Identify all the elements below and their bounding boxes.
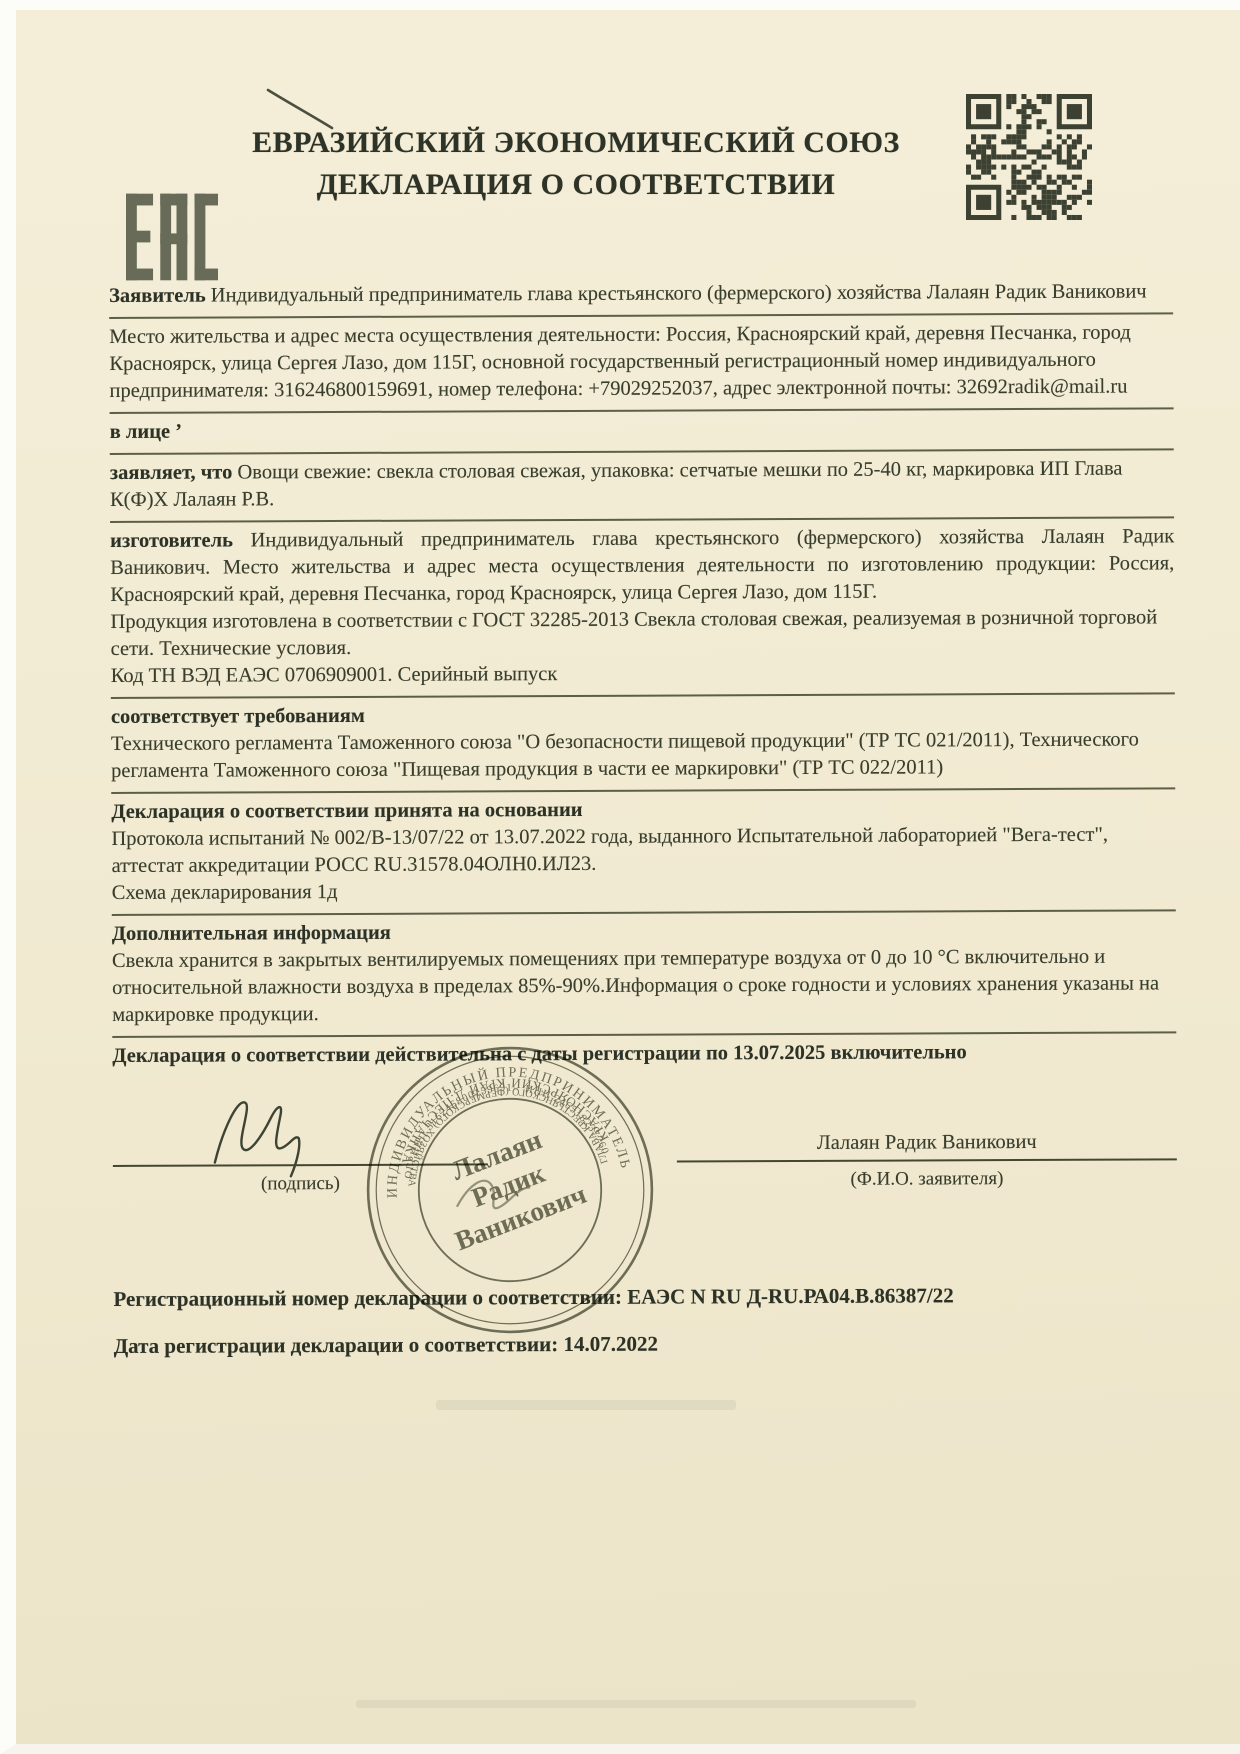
doc-title: ЕВРАЗИЙСКИЙ ЭКОНОМИЧЕСКИЙ СОЮЗ ДЕКЛАРАЦИ… [166,122,986,206]
in-person-label: в лице ʼ [110,421,182,443]
scan-smudge [436,1400,736,1410]
scheme-line: Схема декларирования 1д [112,875,1176,907]
fio-caption: (Ф.И.О. заявителя) [677,1164,1177,1193]
doc-title-line1: ЕВРАЗИЙСКИЙ ЭКОНОМИЧЕСКИЙ СОЮЗ [166,122,986,164]
applicant-label: Заявитель [109,285,206,307]
declares-label: заявляет, что [110,461,233,484]
scan-smudge [356,1700,916,1708]
eac-letter-e [126,194,153,281]
tnved-line: Код ТН ВЭД ЕАЭС 0706909001. Серийный вып… [111,658,1175,690]
eac-logo [126,190,218,284]
eac-letter-a [160,194,187,281]
signature-scribble [201,1088,351,1181]
section-address: Место жительства и адрес места осуществл… [109,314,1173,412]
fio-line [677,1158,1177,1162]
applicant-text: Индивидуальный предприниматель глава кре… [211,280,1147,306]
manufacturer-label: изготовитель [110,529,233,552]
section-manufacturer: изготовитель Индивидуальный предпринимат… [110,518,1175,697]
doc-title-line2: ДЕКЛАРАЦИЯ О СООТВЕТСТВИИ [166,164,986,206]
additional-heading: Дополнительная информация [112,922,391,945]
basis-heading: Декларация о соответствии принята на осн… [111,799,582,823]
manufacturer-text: Индивидуальный предприниматель глава кре… [110,525,1174,606]
address-text: Место жительства и адрес места осуществл… [109,319,1173,405]
applicant-fio: Лалаян Радик Ваникович [677,1128,1177,1157]
fio-block: Лалаян Радик Ваникович (Ф.И.О. заявителя… [677,1088,1177,1193]
complies-text: Технического регламента Таможенного союз… [111,726,1175,785]
stamp-seal: ИНДИВИДУАЛЬНЫЙ ПРЕДПРИНИМАТЕЛЬ КРАСНОЯРС… [358,1038,662,1342]
stamp-center-name: Лалаян Радик Ваникович [427,1116,590,1256]
reg-number-value: ЕАЭС N RU Д-RU.РА04.В.86387/22 [627,1283,954,1308]
section-basis: Декларация о соответствии принята на осн… [111,789,1176,914]
basis-text: Протокола испытаний № 002/В-13/07/22 от … [111,821,1175,880]
scan-smudge [316,1748,1016,1754]
eac-letter-c [195,194,218,281]
section-in-person: в лице ʼ [110,409,1174,453]
qr-code [966,94,1092,220]
section-additional: Дополнительная информация Свекла хранитс… [112,911,1177,1036]
section-declares: заявляет, что Овощи свежие: свекла столо… [110,450,1174,521]
document-page: ЕВРАЗИЙСКИЙ ЭКОНОМИЧЕСКИЙ СОЮЗ ДЕКЛАРАЦИ… [0,0,1240,1754]
declares-text: Овощи свежие: свекла столовая свежая, уп… [110,458,1123,511]
gost-paragraph: Продукция изготовлена в соответствии с Г… [110,604,1174,663]
section-applicant: Заявитель Индивидуальный предприниматель… [109,273,1173,317]
complies-heading: соответствует требованиям [111,705,365,728]
additional-text: Свекла хранится в закрытых вентилируемых… [112,943,1176,1029]
section-complies: соответствует требованиям Технического р… [111,694,1175,792]
